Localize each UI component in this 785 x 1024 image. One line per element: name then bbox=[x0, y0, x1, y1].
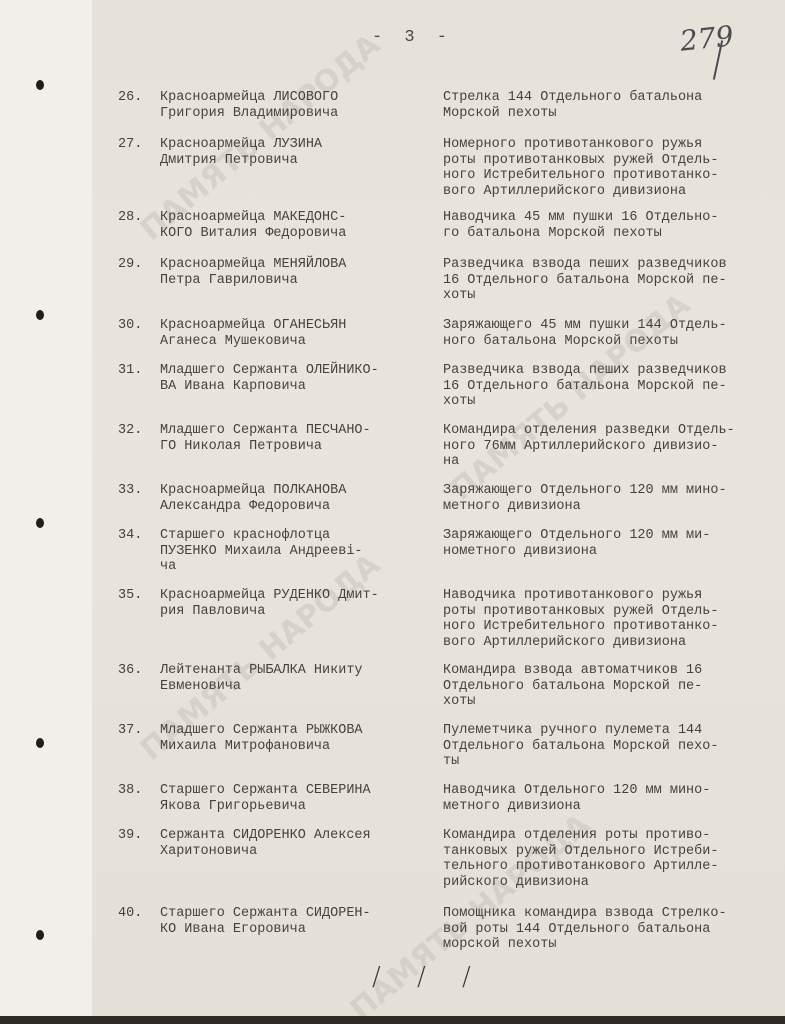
entry-name: Старшего Сержанта СИДОРЕН- КО Ивана Егор… bbox=[160, 906, 430, 937]
entry-number: 36. bbox=[118, 663, 158, 679]
entry-name: Красноармейца ПОЛКАНОВА Александра Федор… bbox=[160, 483, 430, 514]
entry-name: Красноармейца ЛУЗИНА Дмитрия Петровича bbox=[160, 137, 430, 168]
entry-number: 32. bbox=[118, 423, 158, 439]
entry-position: Наводчика Отдельного 120 мм мино- метног… bbox=[443, 783, 783, 814]
binding-hole bbox=[36, 310, 44, 320]
entry-name: Красноармейца ОГАНЕСЬЯН Аганеса Мушекови… bbox=[160, 318, 430, 349]
scan-bottom-edge bbox=[0, 1016, 785, 1024]
entry-number: 37. bbox=[118, 723, 158, 739]
handwritten-folio-number: 279 bbox=[678, 19, 735, 57]
entry-position: Пулеметчика ручного пулемета 144 Отдельн… bbox=[443, 723, 783, 770]
entry-position: Командира отделения роты противо- танков… bbox=[443, 828, 783, 890]
binding-strip bbox=[0, 0, 93, 1024]
entry-name: Сержанта СИДОРЕНКО Алексея Харитоновича bbox=[160, 828, 430, 859]
entry-name: Лейтенанта РЫБАЛКА Никиту Евменовича bbox=[160, 663, 430, 694]
closing-marks: / / / bbox=[372, 962, 485, 992]
entry-number: 27. bbox=[118, 137, 158, 153]
entry-name: Красноармейца МАКЕДОНС- КОГО Виталия Фед… bbox=[160, 210, 430, 241]
entry-number: 33. bbox=[118, 483, 158, 499]
entry-position: Помощника командира взвода Стрелко- вой … bbox=[443, 906, 783, 953]
binding-hole bbox=[36, 930, 44, 940]
entry-number: 29. bbox=[118, 257, 158, 273]
entry-position: Заряжающего 45 мм пушки 144 Отдель- ного… bbox=[443, 318, 783, 349]
binding-hole bbox=[36, 80, 44, 90]
entry-position: Командира взвода автоматчиков 16 Отдельн… bbox=[443, 663, 783, 710]
entry-number: 31. bbox=[118, 363, 158, 379]
entry-position: Разведчика взвода пеших разведчиков 16 О… bbox=[443, 363, 783, 410]
binding-hole bbox=[36, 738, 44, 748]
entry-number: 40. bbox=[118, 906, 158, 922]
entry-name: Младшего Сержанта РЫЖКОВА Михаила Митроф… bbox=[160, 723, 430, 754]
entry-name: Старшего краснофлотца ПУЗЕНКО Михаила Ан… bbox=[160, 528, 430, 575]
entry-position: Номерного противотанкового ружья роты пр… bbox=[443, 137, 783, 199]
entry-name: Красноармейца МЕНЯЙЛОВА Петра Гаврилович… bbox=[160, 257, 430, 288]
entry-position: Стрелка 144 Отдельного батальона Морской… bbox=[443, 90, 783, 121]
binding-hole bbox=[36, 518, 44, 528]
entry-position: Заряжающего Отдельного 120 мм мино- метн… bbox=[443, 483, 783, 514]
entry-number: 35. bbox=[118, 588, 158, 604]
entry-name: Красноармейца РУДЕНКО Дмит- рия Павлович… bbox=[160, 588, 430, 619]
entry-position: Наводчика 45 мм пушки 16 Отдельно- го ба… bbox=[443, 210, 783, 241]
entry-position: Командира отделения разведки Отдель- ног… bbox=[443, 423, 783, 470]
entry-name: Старшего Сержанта СЕВЕРИНА Якова Григорь… bbox=[160, 783, 430, 814]
entry-number: 39. bbox=[118, 828, 158, 844]
entry-position: Наводчика противотанкового ружья роты пр… bbox=[443, 588, 783, 650]
entry-number: 30. bbox=[118, 318, 158, 334]
entry-number: 28. bbox=[118, 210, 158, 226]
entry-name: Младшего Сержанта ПЕСЧАНО- ГО Николая Пе… bbox=[160, 423, 430, 454]
entry-number: 38. bbox=[118, 783, 158, 799]
entry-name: Младшего Сержанта ОЛЕЙНИКО- ВА Ивана Кар… bbox=[160, 363, 430, 394]
page-number: - 3 - bbox=[372, 28, 453, 47]
entry-position: Заряжающего Отдельного 120 мм ми- нометн… bbox=[443, 528, 783, 559]
entry-number: 34. bbox=[118, 528, 158, 544]
entry-name: Красноармейца ЛИСОВОГО Григория Владимир… bbox=[160, 90, 430, 121]
entry-number: 26. bbox=[118, 90, 158, 106]
entry-position: Разведчика взвода пеших разведчиков 16 О… bbox=[443, 257, 783, 304]
